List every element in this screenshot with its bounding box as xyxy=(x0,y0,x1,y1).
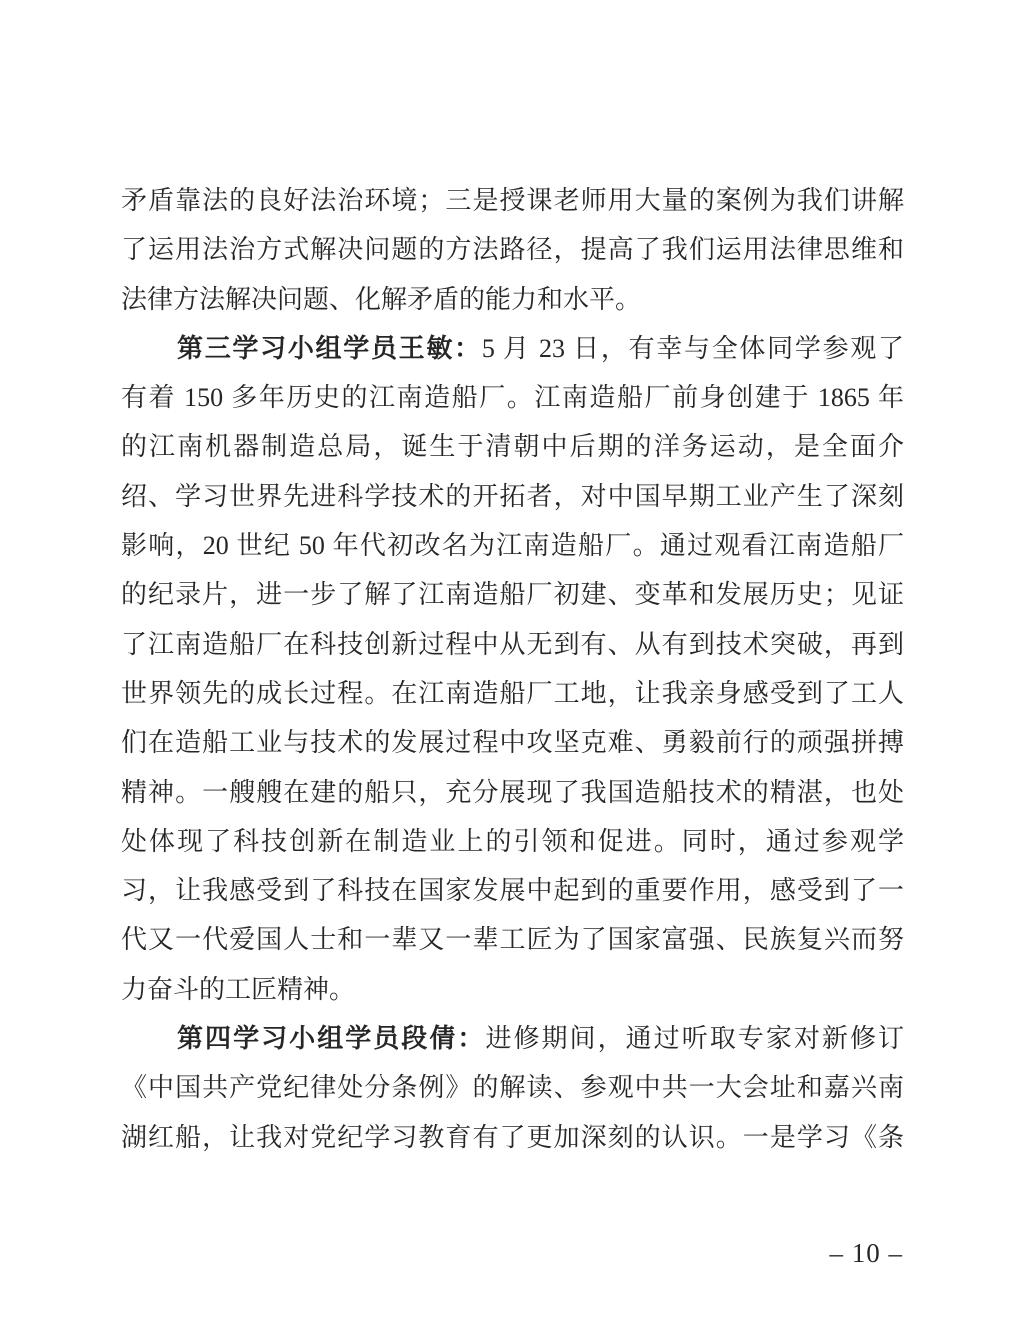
text-line: 第三学习小组学员王敏：5 月 23 日，有幸与全体同学参观了 xyxy=(121,324,904,373)
text-line: 习，让我感受到了科技在国家发展中起到的重要作用，感受到了一 xyxy=(121,866,904,915)
text-line: 矛盾靠法的良好法治环境；三是授课老师用大量的案例为我们讲解 xyxy=(121,176,904,225)
text-line: 有着 150 多年历史的江南造船厂。江南造船厂前身创建于 1865 年 xyxy=(121,373,904,422)
document-body: 矛盾靠法的良好法治环境；三是授课老师用大量的案例为我们讲解 了运用法治方式解决问… xyxy=(121,176,904,1162)
text-run: 5 月 23 日，有幸与全体同学参观了 xyxy=(482,334,904,363)
text-line: 第四学习小组学员段倩：进修期间，通过听取专家对新修订 xyxy=(121,1014,904,1063)
text-line: 绍、学习世界先进科学技术的开拓者，对中国早期工业产生了深刻 xyxy=(121,472,904,521)
text-run: 进修期间，通过听取专家对新修订 xyxy=(485,1024,904,1053)
document-page: 矛盾靠法的良好法治环境；三是授课老师用大量的案例为我们讲解 了运用法治方式解决问… xyxy=(0,0,1024,1325)
text-line: 们在造船工业与技术的发展过程中攻坚克难、勇毅前行的顽强拼搏 xyxy=(121,718,904,767)
text-line: 湖红船，让我对党纪学习教育有了更加深刻的认识。一是学习《条 xyxy=(121,1113,904,1162)
text-line: 力奋斗的工匠精神。 xyxy=(121,965,904,1014)
text-line: 精神。一艘艘在建的船只，充分展现了我国造船技术的精湛，也处 xyxy=(121,768,904,817)
text-line: 《中国共产党纪律处分条例》的解读、参观中共一大会址和嘉兴南 xyxy=(121,1063,904,1112)
speaker-label-group4: 第四学习小组学员段倩： xyxy=(177,1024,485,1053)
page-number: – 10 – xyxy=(830,1238,904,1269)
text-line: 处体现了科技创新在制造业上的引领和促进。同时，通过参观学 xyxy=(121,817,904,866)
text-line: 影响，20 世纪 50 年代初改名为江南造船厂。通过观看江南造船厂 xyxy=(121,521,904,570)
text-line: 的江南机器制造总局，诞生于清朝中后期的洋务运动，是全面介 xyxy=(121,422,904,471)
text-line: 的纪录片，进一步了解了江南造船厂初建、变革和发展历史；见证 xyxy=(121,570,904,619)
text-line: 世界领先的成长过程。在江南造船厂工地，让我亲身感受到了工人 xyxy=(121,669,904,718)
text-line: 法律方法解决问题、化解矛盾的能力和水平。 xyxy=(121,275,904,324)
text-line: 了江南造船厂在科技创新过程中从无到有、从有到技术突破，再到 xyxy=(121,620,904,669)
text-line: 了运用法治方式解决问题的方法路径，提高了我们运用法律思维和 xyxy=(121,225,904,274)
speaker-label-group3: 第三学习小组学员王敏： xyxy=(177,334,482,363)
text-line: 代又一代爱国人士和一辈又一辈工匠为了国家富强、民族复兴而努 xyxy=(121,915,904,964)
